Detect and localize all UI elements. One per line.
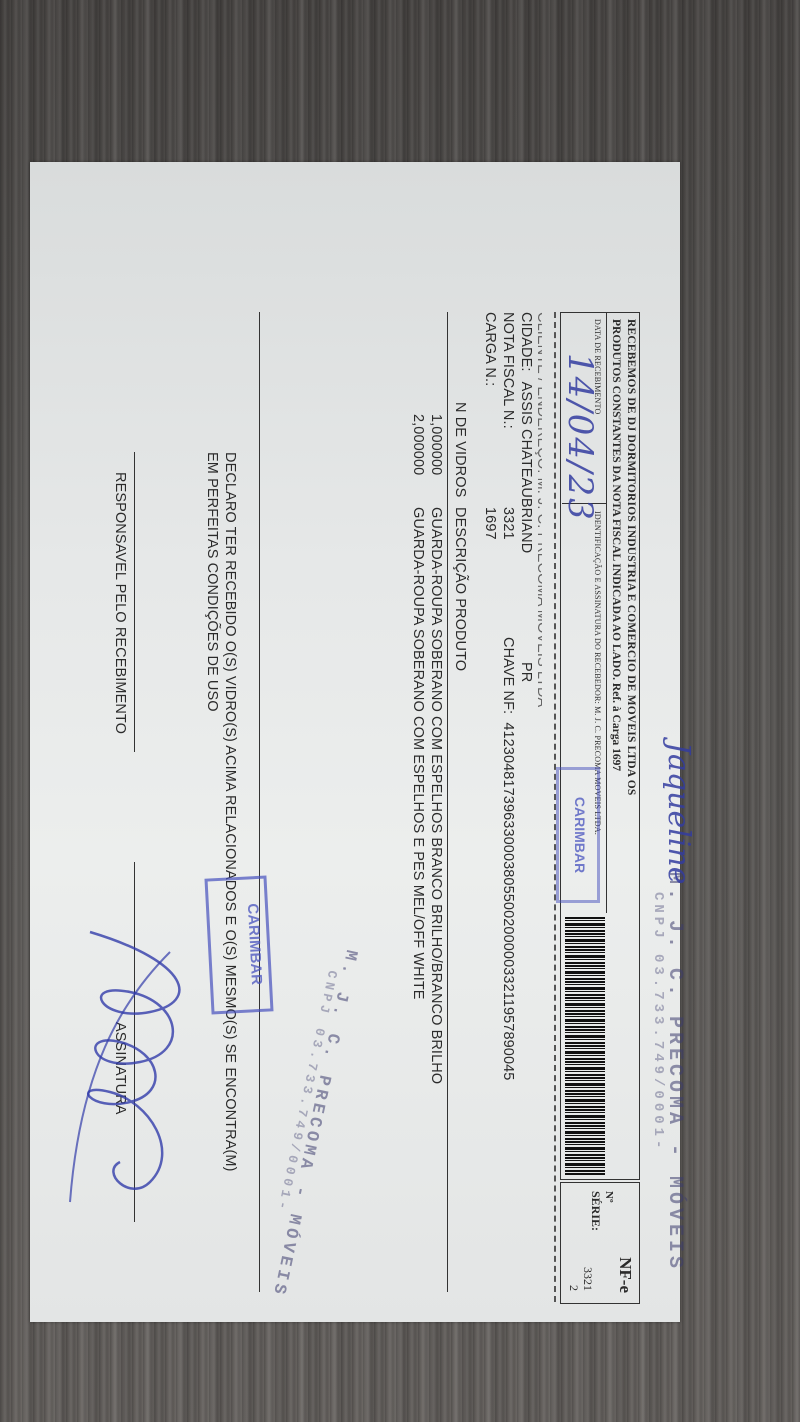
blue-stamp-bottom: CARIMBAR bbox=[204, 875, 273, 1014]
responsible-label: RESPONSAVEL PELO RECEBIMENTO bbox=[112, 472, 128, 734]
column-header-quantity: N DE VIDROS bbox=[452, 402, 468, 497]
nfe-series: 2 bbox=[566, 1285, 581, 1291]
nf-key-line: CHAVE NF: 412304817396330003805500200000… bbox=[500, 637, 516, 1080]
responsible-signature-rule bbox=[134, 452, 135, 752]
barcode bbox=[565, 917, 605, 1175]
receipt-document: RECEBEMOS DE DJ DORMITORIOS INDUSTRIA E … bbox=[30, 162, 680, 1322]
city-line: CIDADE: ASSIS CHATEAUBRIAND bbox=[518, 312, 534, 553]
product-row-2-qty: 2,000000 bbox=[410, 414, 426, 475]
client-line: CLIENTE / ENDEREÇO: M. J. C. PRECOMA MOV… bbox=[534, 312, 550, 707]
nfe-title: NF-e bbox=[615, 1257, 635, 1293]
blue-stamp-top-text: CARIMBAR bbox=[572, 797, 588, 873]
receipt-line-2: PRODUTOS CONSTANTES DA NOTA FISCAL INDIC… bbox=[610, 319, 622, 771]
product-row-1-qty: 1,000000 bbox=[428, 414, 444, 475]
handwritten-date: 14/04/23 bbox=[560, 353, 600, 522]
nf-key-value: 4123048173963300038055002000003321195789… bbox=[500, 722, 516, 1080]
handwritten-signature bbox=[60, 922, 210, 1222]
city-label: CIDADE: bbox=[518, 312, 534, 372]
load-label: CARGA N.: bbox=[482, 312, 498, 386]
state-value: PR bbox=[518, 662, 534, 682]
nfe-box: NF-e Nº SÉRIE: 3321 2 bbox=[560, 1182, 640, 1304]
city-value: ASSIS CHATEAUBRIAND bbox=[518, 382, 534, 554]
receipt-line-1: RECEBEMOS DE DJ DORMITORIOS INDUSTRIA E … bbox=[625, 319, 637, 1179]
table-bottom-rule bbox=[259, 312, 260, 1292]
nfe-number-label: Nº bbox=[603, 1191, 615, 1203]
declaration-line-2: EM PERFEITAS CONDIÇÕES DE USO bbox=[204, 452, 220, 712]
invoice-label: NOTA FISCAL N.: bbox=[500, 312, 516, 429]
client-value: M. J. C. PRECOMA MOVEIS LTDA bbox=[534, 478, 550, 708]
load-value: 1697 bbox=[482, 507, 498, 540]
date-of-receipt-cell: DATA DE RECEBIMENTO 14/04/23 bbox=[562, 313, 606, 504]
declaration-line-1: DECLARO TER RECEBIDO O(S) VIDRO(S) ACIMA… bbox=[222, 452, 238, 1172]
blue-stamp-top: CARIMBAR bbox=[556, 767, 600, 903]
company-stamp-middle-line-1: M. J. C. PRECOMA - MÓVEIS bbox=[268, 948, 360, 1299]
nfe-series-label: SÉRIE: bbox=[588, 1191, 603, 1231]
product-row-2-description: GUARDA-ROUPA SOBERANO COM ESPELHOS E PES… bbox=[410, 507, 426, 1000]
receipt-header-box: RECEBEMOS DE DJ DORMITORIOS INDUSTRIA E … bbox=[560, 312, 640, 1180]
table-header-rule bbox=[447, 312, 448, 1292]
invoice-value: 3321 bbox=[500, 507, 516, 540]
company-stamp-top-line-2: CNPJ 03.733.749/0001- bbox=[650, 892, 666, 1152]
column-header-description: DESCRIÇÃO PRODUTO bbox=[452, 507, 468, 671]
client-label: CLIENTE / ENDEREÇO: bbox=[534, 312, 550, 473]
nf-key-label: CHAVE NF: bbox=[500, 637, 516, 714]
product-row-1-description: GUARDA-ROUPA SOBERANO COM ESPELHOS BRANC… bbox=[428, 507, 444, 1084]
blue-stamp-bottom-text: CARIMBAR bbox=[244, 903, 265, 985]
handwritten-name: Jaqueline bbox=[661, 742, 696, 884]
company-stamp-top-line-1: M. J. C. PRECOMA - MÓVEIS bbox=[663, 872, 686, 1272]
nfe-number: 3321 bbox=[580, 1267, 595, 1291]
